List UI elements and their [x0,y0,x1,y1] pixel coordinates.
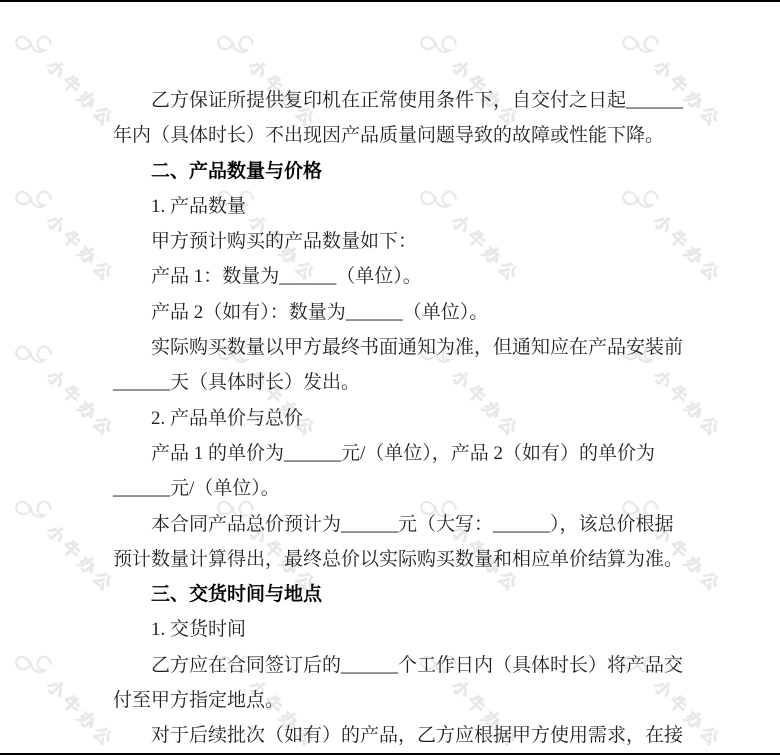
document-line: ______天（具体时长）发出。 [113,365,673,400]
bull-logo-icon [12,177,57,222]
watermark-text: 小牛办公 [43,518,123,598]
watermark: 小牛办公 [12,642,124,754]
watermark-text: 小牛办公 [43,208,123,288]
document-line: 付至甲方指定地点。 [113,683,673,718]
document-line: 实际购买数量以甲方最终书面通知为准，但通知应在产品安装前 [113,330,673,365]
section-heading: 二、产品数量与价格 [113,154,673,189]
watermark: 小牛办公 [12,22,124,134]
bull-logo-icon [12,332,57,377]
bull-logo-icon [417,22,462,67]
document-page: 小牛办公小牛办公小牛办公小牛办公小牛办公小牛办公小牛办公小牛办公小牛办公小牛办公… [0,0,780,755]
document-line: 预计数量计算得出，最终总价以实际购买数量和相应单价结算为准。 [113,542,673,577]
document-line: 本合同产品总价预计为______元（大写：______），该总价根据 [113,507,673,542]
bull-logo-icon [12,22,57,67]
document-line: 产品 1：数量为______（单位）。 [113,259,673,294]
watermark-text: 小牛办公 [43,673,123,753]
document-line: 产品 1 的单价为______元/（单位），产品 2（如有）的单价为 [113,436,673,471]
section-heading: 三、交货时间与地点 [113,577,673,612]
watermark: 小牛办公 [12,487,124,599]
bull-logo-icon [619,22,664,67]
document-content: 乙方保证所提供复印机在正常使用条件下，自交付之日起______年内（具体时长）不… [113,83,673,754]
document-line: 2. 产品单价与总价 [113,401,673,436]
watermark: 小牛办公 [12,177,124,289]
document-line: ______元/（单位）。 [113,471,673,506]
bull-logo-icon [214,22,259,67]
document-line: 年内（具体时长）不出现因产品质量问题导致的故障或性能下降。 [113,118,673,153]
document-line: 产品 2（如有）：数量为______（单位）。 [113,295,673,330]
document-line: 乙方保证所提供复印机在正常使用条件下，自交付之日起______ [113,83,673,118]
document-line: 1. 交货时间 [113,612,673,647]
watermark-text: 小牛办公 [43,53,123,133]
document-line: 对于后续批次（如有）的产品，乙方应根据甲方使用需求，在接 [113,718,673,753]
watermark: 小牛办公 [12,332,124,444]
document-line: 甲方预计购买的产品数量如下： [113,224,673,259]
bull-logo-icon [12,487,57,532]
watermark-text: 小牛办公 [43,363,123,443]
bull-logo-icon [12,642,57,687]
document-line: 1. 产品数量 [113,189,673,224]
document-line: 乙方应在合同签订后的______个工作日内（具体时长）将产品交 [113,648,673,683]
